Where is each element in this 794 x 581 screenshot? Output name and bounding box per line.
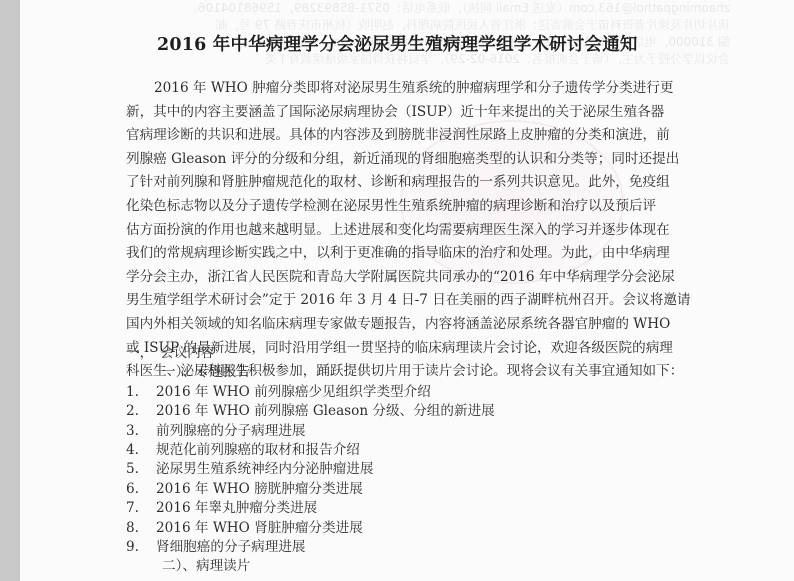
item-text: 2016 年 WHO 前列腺癌少见组织学类型介绍 [156,383,431,402]
item-number: 8. [126,519,139,538]
subsection-heading: 二）、病理读片 [126,557,646,576]
item-text: 规范化前列腺癌的取材和报告介绍 [156,441,360,460]
section-heading: 一，会议内容 [126,344,646,363]
scanned-page: zhaomingpathol@163.com（发送 Email 同执），联系电话… [20,0,794,581]
item-text: 泌尿男生殖系统神经内分泌肿瘤进展 [156,460,374,479]
list-item: 7. 2016 年睾丸肿瘤分类进展 [126,499,646,518]
list-item: 6. 2016 年 WHO 膀胱肿瘤分类进展 [126,480,646,499]
paragraph-line: 估方面扮演的作用也越来越明显。上述进展和变化均需要病理医生深入的学习并逐步体现在 [126,219,686,243]
bleed-line: zhaomingpathol@163.com（发送 Email 同执），联系电话… [170,0,730,17]
list-item: 9. 肾细胞癌的分子病理进展 [126,538,646,557]
item-number: 5. [126,460,139,479]
paragraph-line: 国内外相关领域的知名临床病理专家做专题报告，内容将涵盖泌尿系统各器官肿瘤的 WH… [126,313,686,337]
item-text: 2016 年 WHO 前列腺癌 Gleason 分级、分组的新进展 [156,402,495,421]
item-number: 1. [126,383,139,402]
paragraph-line: 男生殖学组学术研讨会”定于 2016 年 3 月 4 日-7 日在美丽的西子湖畔… [126,289,686,313]
item-text: 2016 年 WHO 肾脏肿瘤分类进展 [156,519,363,538]
item-number: 2. [126,402,139,421]
list-item: 2. 2016 年 WHO 前列腺癌 Gleason 分级、分组的新进展 [126,402,646,421]
subsection-heading: 一）、专题报告 [126,363,646,382]
paragraph-line: 列腺癌 Gleason 评分的分级和分组，新近涌现的肾细胞癌类型的认识和分类等；… [126,148,686,172]
list-item: 5. 泌尿男生殖系统神经内分泌肿瘤进展 [126,460,646,479]
list-item: 8. 2016 年 WHO 肾脏肿瘤分类进展 [126,519,646,538]
paragraph-line: 学分会主办，浙江省人民医院和青岛大学附属医院共同承办的“2016 年中华病理学分… [126,266,686,290]
paragraph-line: 2016 年 WHO 肿瘤分类即将对泌尿男生殖系统的肿瘤病理学和分子遗传学分类进… [126,77,686,101]
item-text: 2016 年睾丸肿瘤分类进展 [156,499,317,518]
intro-paragraph: 2016 年 WHO 肿瘤分类即将对泌尿男生殖系统的肿瘤病理学和分子遗传学分类进… [126,77,686,384]
item-number: 4. [126,441,139,460]
document-title: 2016 年中华病理学分会泌尿男生殖病理学组学术研讨会通知 [157,31,638,56]
paragraph-line: 了针对前列腺和肾脏肿瘤规范化的取材、诊断和病理报告的一系列共识意见。此外，免疫组 [126,171,686,195]
section-number: 一， [126,344,160,363]
item-text: 前列腺癌的分子病理进展 [156,422,306,441]
paragraph-line: 我们的常规病理诊断实践之中，以利于更准确的指导临床的治疗和处理。为此，由中华病理 [126,242,686,266]
paragraph-line: 官病理诊断的共识和进展。具体的内容涉及到膀胱非浸润性尿路上皮肿瘤的分类和演进，前 [126,124,686,148]
item-number: 9. [126,538,139,557]
paragraph-line: 化染色标志物以及分子遗传学检测在泌尿男性生殖系统肿瘤的病理诊断和治疗以及预后评 [126,195,686,219]
item-number: 6. [126,480,139,499]
section-title: 会议内容 [160,345,214,361]
meeting-outline: 一，会议内容 一）、专题报告 1. 2016 年 WHO 前列腺癌少见组织学类型… [126,344,646,577]
list-item: 4. 规范化前列腺癌的取材和报告介绍 [126,441,646,460]
item-number: 7. [126,499,139,518]
item-text: 肾细胞癌的分子病理进展 [156,538,306,557]
list-item: 3. 前列腺癌的分子病理进展 [126,422,646,441]
paragraph-line: 新，其中的内容主要涵盖了国际泌尿病理协会（ISUP）近十年来提出的关于泌尿生殖各… [126,101,686,125]
item-text: 2016 年 WHO 膀胱肿瘤分类进展 [156,480,363,499]
item-number: 3. [126,422,139,441]
list-item: 1. 2016 年 WHO 前列腺癌少见组织学类型介绍 [126,383,646,402]
